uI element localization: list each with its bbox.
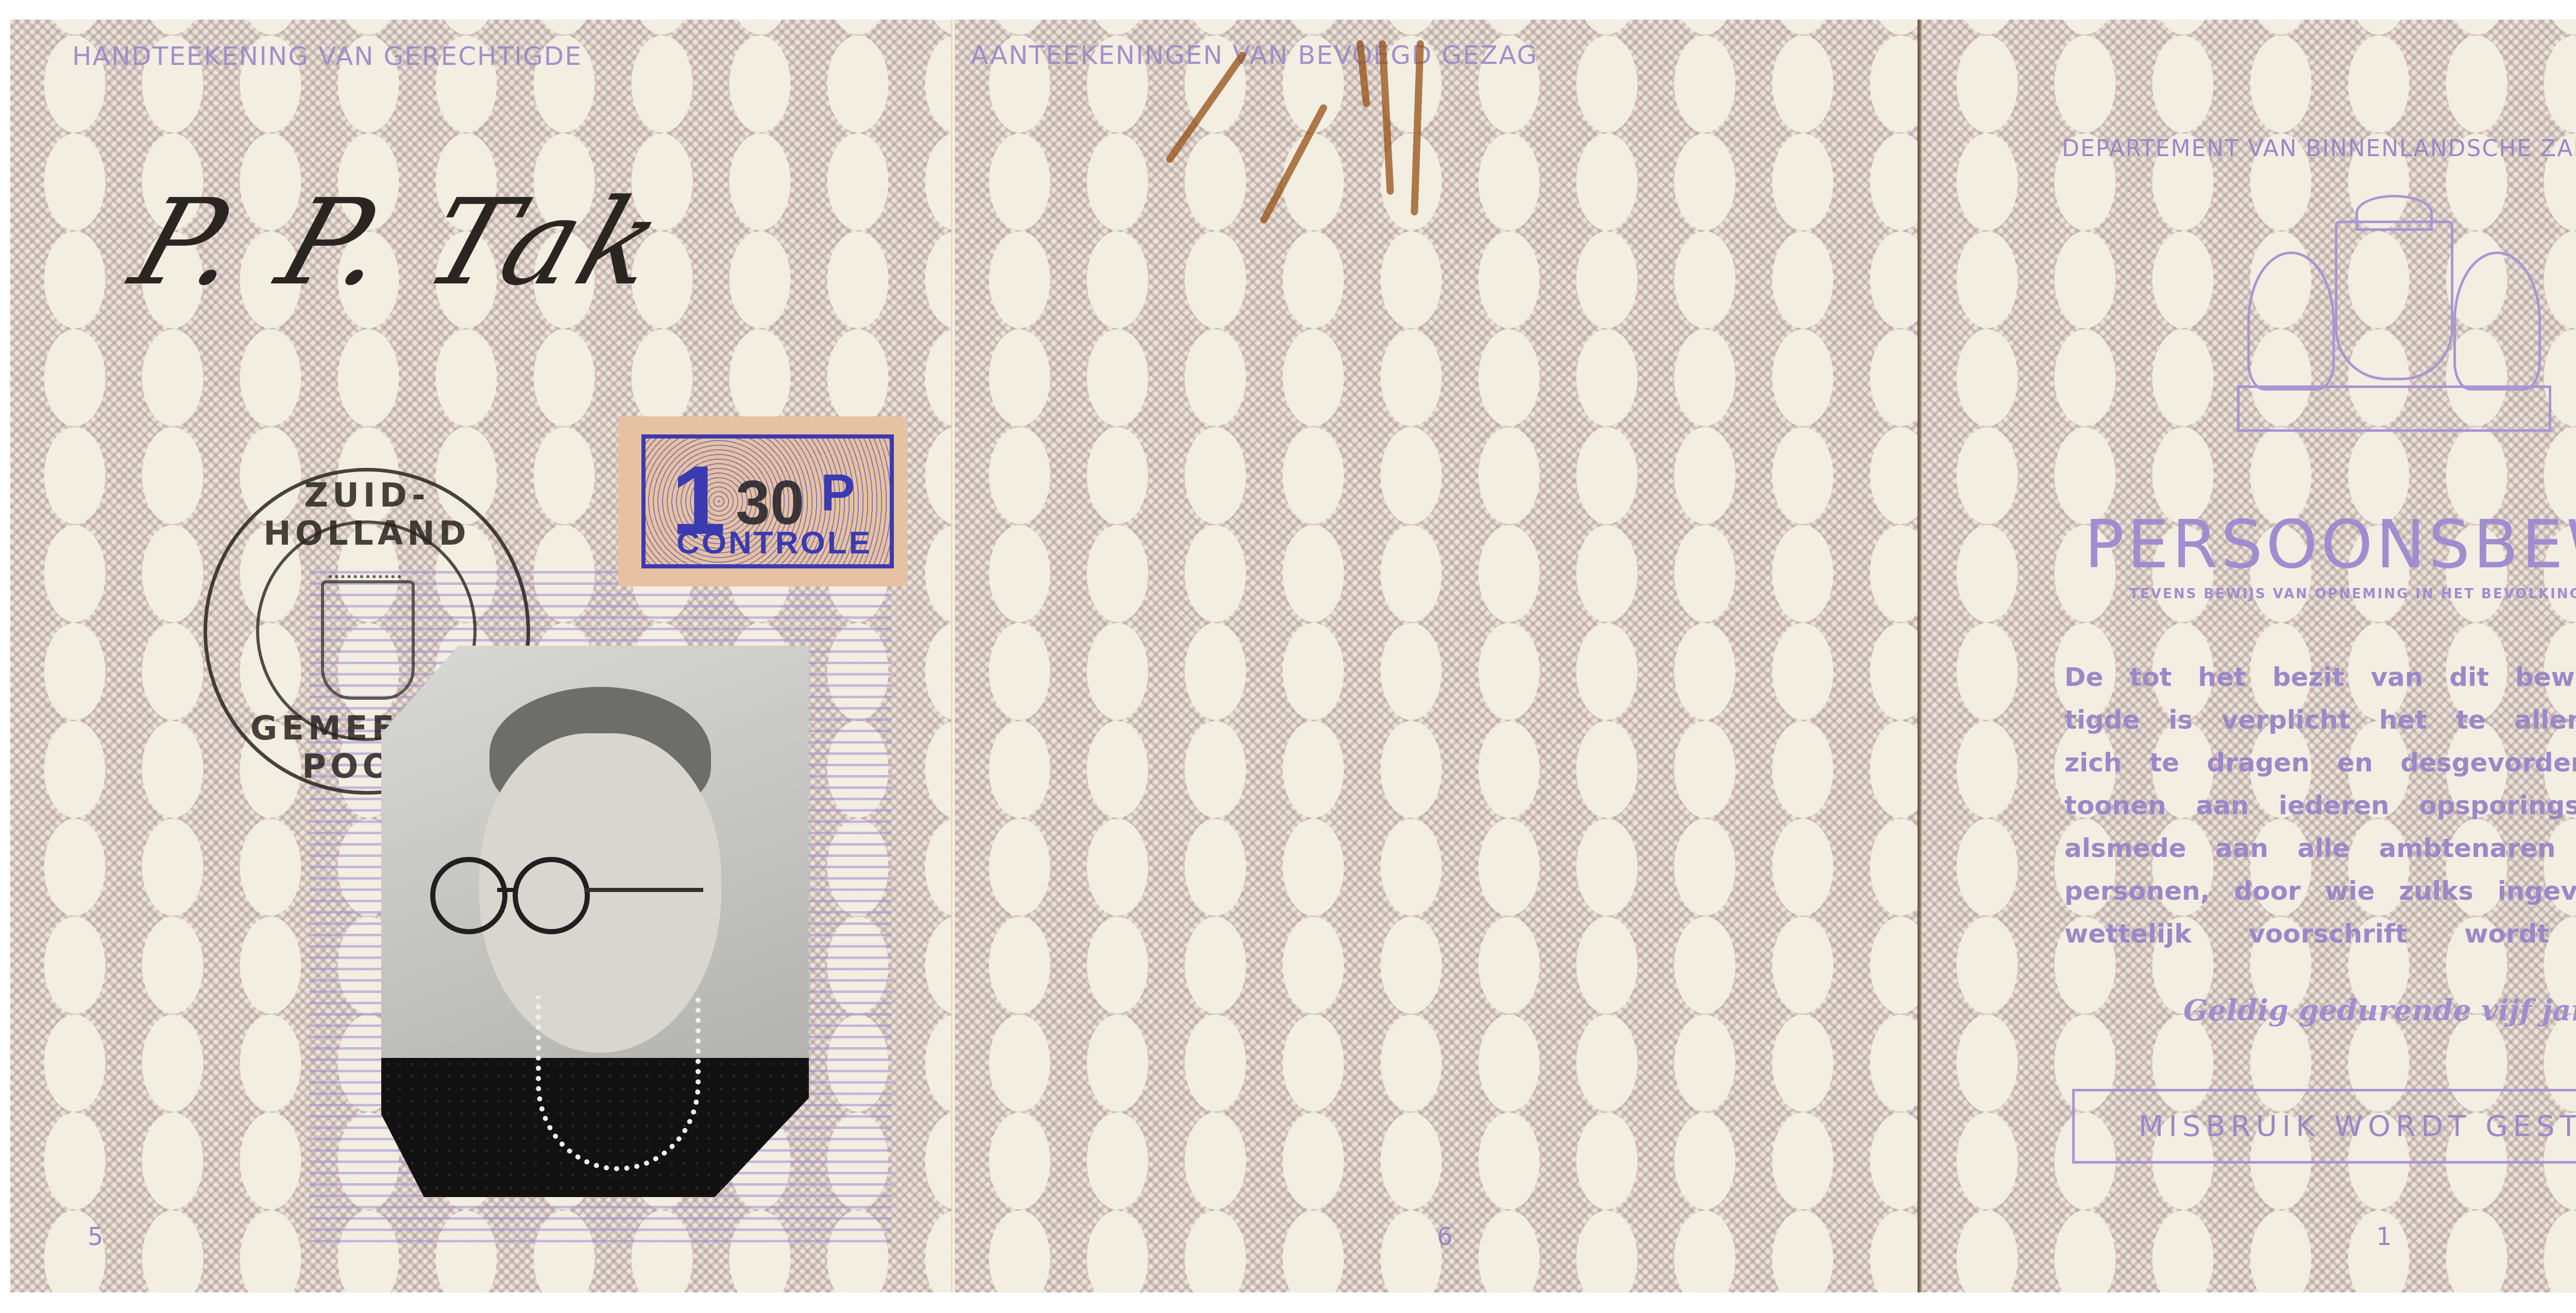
document-title: PERSOONSBEWIJS [2062, 507, 2576, 583]
misuse-warning-box: MISBRUIK WORDT GESTRAFT [2072, 1089, 2576, 1164]
legal-notice-line: tigde is verplicht het te allen tijde bi… [2064, 699, 2576, 742]
revenue-stamp: 1 30 P CONTROLE [618, 416, 907, 586]
handwritten-signature: P. P. Tak [117, 174, 683, 312]
stamp-guilloche-frame: 1 30 P CONTROLE [641, 434, 894, 568]
legal-notice-line: De tot het bezit van dit bewijs gerech- [2064, 656, 2576, 699]
portrait-photo [381, 646, 809, 1197]
legal-notice: De tot het bezit van dit bewijs gerech- … [2064, 656, 2576, 955]
document-subtitle: TEVENS BEWIJS VAN OPNEMING IN HET BEVOLK… [2062, 586, 2576, 602]
coat-of-arms-icon [2232, 190, 2551, 432]
crown-icon [329, 552, 401, 578]
stamp-label: CONTROLE [676, 525, 872, 561]
pearl-necklace [536, 996, 701, 1171]
glasses-temple [585, 888, 703, 892]
legal-notice-line: alsmede aan alle ambtenaren of andere [2064, 827, 2576, 870]
page-fold [1918, 20, 1923, 1292]
legal-notice-line: toonen aan iederen opsporingsambtenaar, [2064, 784, 2576, 827]
rust-stain [1259, 103, 1328, 225]
page-left: HANDTEEKENING VAN GERECHTIGDE P. P. Tak … [10, 20, 952, 1292]
page-number: 6 [1437, 1222, 1453, 1251]
notes-caption: AANTEEKENINGEN VAN BEVOEGD GEZAG [971, 40, 1538, 70]
stamp-unit: P [821, 467, 855, 518]
lion-supporter-icon [2247, 251, 2335, 391]
glasses-left-icon [430, 857, 507, 934]
shield-icon [321, 580, 415, 700]
department-heading: DEPARTEMENT VAN BINNENLANDSCHE ZAKEN [2062, 136, 2576, 162]
page-middle: AANTEEKENINGEN VAN BEVOEGD GEZAG 6 [955, 20, 1918, 1292]
legal-notice-line: wettelijk voorschrift wordt verlangd. [2064, 913, 2576, 955]
document-spread: HANDTEEKENING VAN GERECHTIGDE P. P. Tak … [10, 20, 2576, 1292]
glasses-right-icon [513, 857, 590, 934]
page-right: DEPARTEMENT VAN BINNENLANDSCHE ZAKEN PER… [1923, 20, 2576, 1292]
shield-icon [2335, 221, 2453, 380]
page-number: 5 [88, 1222, 104, 1251]
page-number: 1 [2376, 1222, 2392, 1251]
legal-notice-line: zich te dragen en desgevorderd te ver- [2064, 742, 2576, 784]
validity-statement: Geldig gedurende vijf jaren [2062, 994, 2576, 1028]
lion-supporter-icon [2453, 251, 2541, 391]
legal-notice-line: personen, door wie zulks ingevolge eenig [2064, 870, 2576, 913]
signature-caption: HANDTEEKENING VAN GERECHTIGDE [72, 41, 582, 71]
emblem-base [2237, 385, 2551, 432]
